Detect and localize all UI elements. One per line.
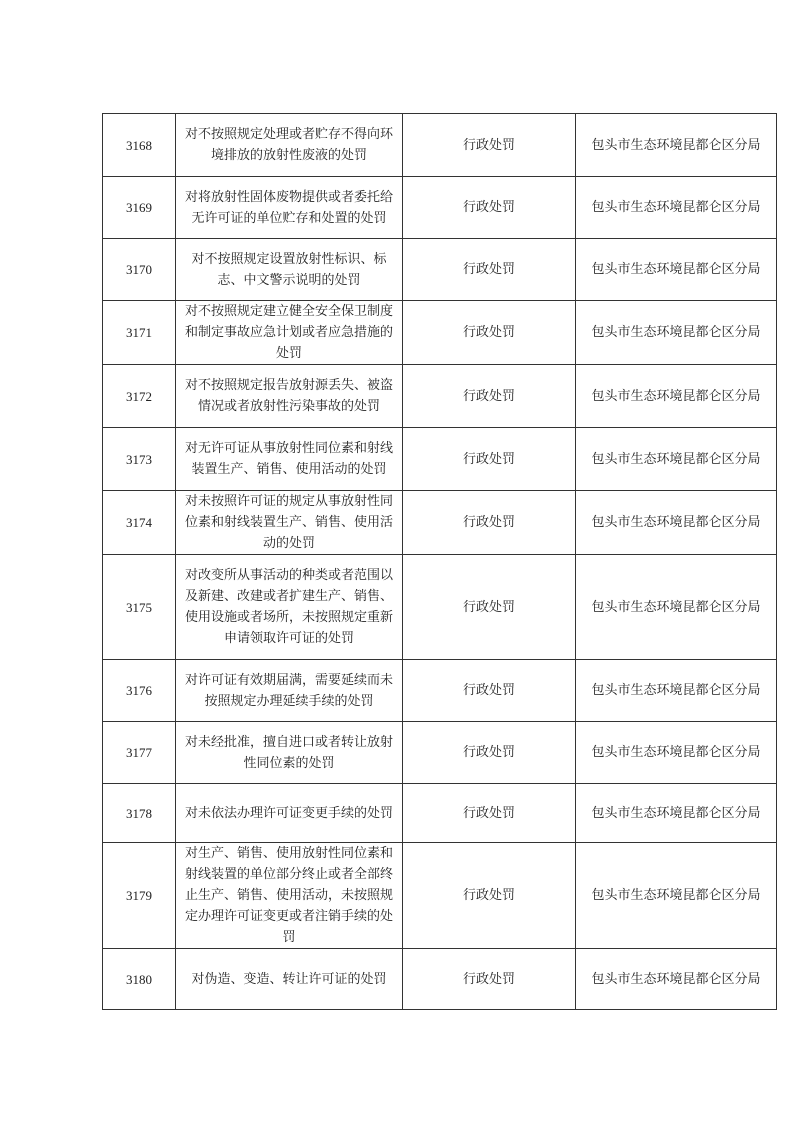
item-number: 3173 — [103, 428, 176, 491]
item-type: 行政处罚 — [403, 784, 576, 843]
item-name: 对未经批准，擅自进口或者转让放射性同位素的处罚 — [176, 722, 403, 784]
responsible-department: 包头市生态环境昆都仑区分局 — [576, 722, 777, 784]
item-number: 3177 — [103, 722, 176, 784]
table-row: 3168 对不按照规定处理或者贮存不得向环境排放的放射性废液的处罚 行政处罚 包… — [103, 114, 777, 177]
responsible-department: 包头市生态环境昆都仑区分局 — [576, 784, 777, 843]
item-name: 对改变所从事活动的种类或者范围以及新建、改建或者扩建生产、销售、使用设施或者场所… — [176, 555, 403, 660]
item-name: 对不按照规定建立健全安全保卫制度和制定事故应急计划或者应急措施的处罚 — [176, 301, 403, 365]
item-type: 行政处罚 — [403, 239, 576, 301]
item-number: 3168 — [103, 114, 176, 177]
responsible-department: 包头市生态环境昆都仑区分局 — [576, 114, 777, 177]
responsible-department: 包头市生态环境昆都仑区分局 — [576, 949, 777, 1010]
responsible-department: 包头市生态环境昆都仑区分局 — [576, 239, 777, 301]
item-type: 行政处罚 — [403, 843, 576, 949]
item-name: 对将放射性固体废物提供或者委托给无许可证的单位贮存和处置的处罚 — [176, 177, 403, 239]
table-row: 3171 对不按照规定建立健全安全保卫制度和制定事故应急计划或者应急措施的处罚 … — [103, 301, 777, 365]
responsible-department: 包头市生态环境昆都仑区分局 — [576, 843, 777, 949]
item-name: 对不按照规定处理或者贮存不得向环境排放的放射性废液的处罚 — [176, 114, 403, 177]
table-row: 3170 对不按照规定设置放射性标识、标志、中文警示说明的处罚 行政处罚 包头市… — [103, 239, 777, 301]
item-number: 3171 — [103, 301, 176, 365]
penalty-items-table: 3168 对不按照规定处理或者贮存不得向环境排放的放射性废液的处罚 行政处罚 包… — [102, 113, 777, 1010]
item-number: 3172 — [103, 365, 176, 428]
table-row: 3179 对生产、销售、使用放射性同位素和射线装置的单位部分终止或者全部终止生产… — [103, 843, 777, 949]
item-type: 行政处罚 — [403, 114, 576, 177]
item-number: 3179 — [103, 843, 176, 949]
responsible-department: 包头市生态环境昆都仑区分局 — [576, 491, 777, 555]
item-type: 行政处罚 — [403, 365, 576, 428]
responsible-department: 包头市生态环境昆都仑区分局 — [576, 660, 777, 722]
item-name: 对未按照许可证的规定从事放射性同位素和射线装置生产、销售、使用活动的处罚 — [176, 491, 403, 555]
item-number: 3176 — [103, 660, 176, 722]
item-name: 对不按照规定报告放射源丢失、被盗情况或者放射性污染事故的处罚 — [176, 365, 403, 428]
item-number: 3169 — [103, 177, 176, 239]
item-type: 行政处罚 — [403, 491, 576, 555]
responsible-department: 包头市生态环境昆都仑区分局 — [576, 301, 777, 365]
item-number: 3170 — [103, 239, 176, 301]
table-row: 3173 对无许可证从事放射性同位素和射线装置生产、销售、使用活动的处罚 行政处… — [103, 428, 777, 491]
item-number: 3178 — [103, 784, 176, 843]
table-row: 3177 对未经批准，擅自进口或者转让放射性同位素的处罚 行政处罚 包头市生态环… — [103, 722, 777, 784]
responsible-department: 包头市生态环境昆都仑区分局 — [576, 177, 777, 239]
item-type: 行政处罚 — [403, 301, 576, 365]
item-name: 对未依法办理许可证变更手续的处罚 — [176, 784, 403, 843]
item-name: 对无许可证从事放射性同位素和射线装置生产、销售、使用活动的处罚 — [176, 428, 403, 491]
item-name: 对许可证有效期届满，需要延续而未按照规定办理延续手续的处罚 — [176, 660, 403, 722]
responsible-department: 包头市生态环境昆都仑区分局 — [576, 365, 777, 428]
item-name: 对伪造、变造、转让许可证的处罚 — [176, 949, 403, 1010]
item-number: 3174 — [103, 491, 176, 555]
table-row: 3174 对未按照许可证的规定从事放射性同位素和射线装置生产、销售、使用活动的处… — [103, 491, 777, 555]
item-type: 行政处罚 — [403, 949, 576, 1010]
item-type: 行政处罚 — [403, 722, 576, 784]
item-type: 行政处罚 — [403, 555, 576, 660]
responsible-department: 包头市生态环境昆都仑区分局 — [576, 428, 777, 491]
item-name: 对生产、销售、使用放射性同位素和射线装置的单位部分终止或者全部终止生产、销售、使… — [176, 843, 403, 949]
item-type: 行政处罚 — [403, 428, 576, 491]
item-type: 行政处罚 — [403, 177, 576, 239]
table-row: 3175 对改变所从事活动的种类或者范围以及新建、改建或者扩建生产、销售、使用设… — [103, 555, 777, 660]
table-row: 3172 对不按照规定报告放射源丢失、被盗情况或者放射性污染事故的处罚 行政处罚… — [103, 365, 777, 428]
table-body: 3168 对不按照规定处理或者贮存不得向环境排放的放射性废液的处罚 行政处罚 包… — [103, 114, 777, 1010]
responsible-department: 包头市生态环境昆都仑区分局 — [576, 555, 777, 660]
item-number: 3180 — [103, 949, 176, 1010]
table-row: 3180 对伪造、变造、转让许可证的处罚 行政处罚 包头市生态环境昆都仑区分局 — [103, 949, 777, 1010]
table-row: 3176 对许可证有效期届满，需要延续而未按照规定办理延续手续的处罚 行政处罚 … — [103, 660, 777, 722]
item-number: 3175 — [103, 555, 176, 660]
table-row: 3178 对未依法办理许可证变更手续的处罚 行政处罚 包头市生态环境昆都仑区分局 — [103, 784, 777, 843]
item-name: 对不按照规定设置放射性标识、标志、中文警示说明的处罚 — [176, 239, 403, 301]
item-type: 行政处罚 — [403, 660, 576, 722]
table-row: 3169 对将放射性固体废物提供或者委托给无许可证的单位贮存和处置的处罚 行政处… — [103, 177, 777, 239]
